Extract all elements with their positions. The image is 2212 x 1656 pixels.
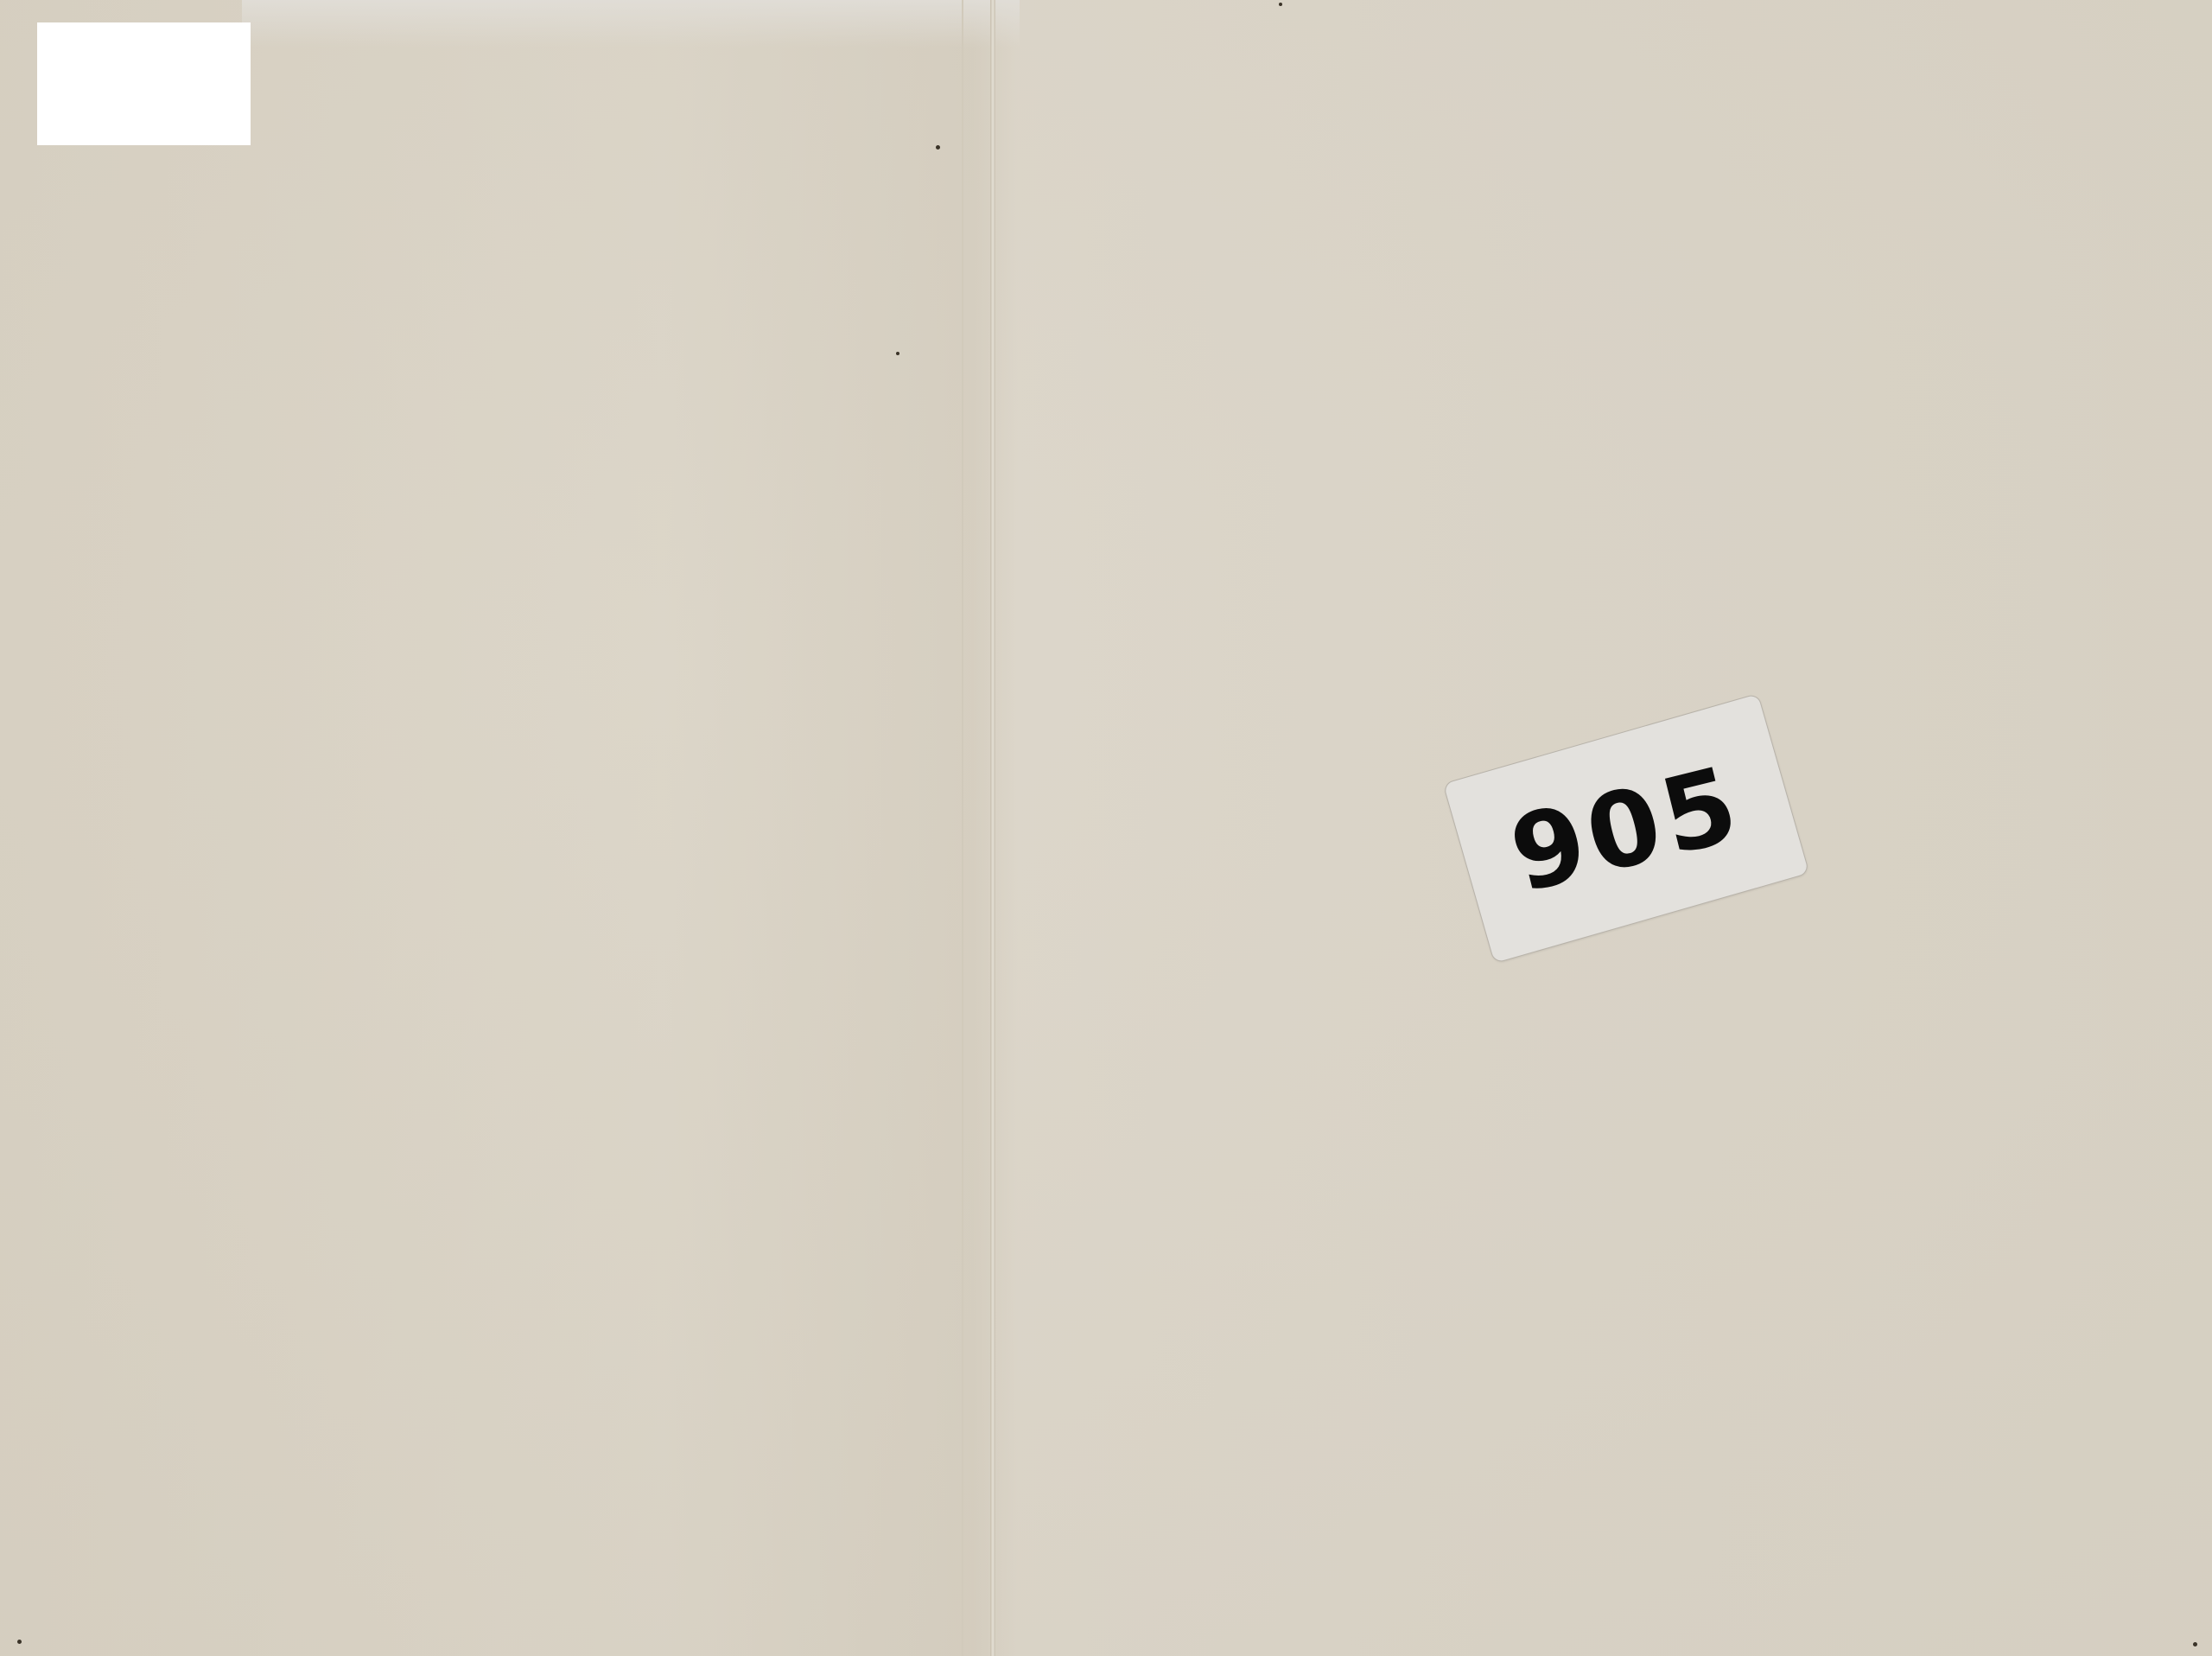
speck xyxy=(17,1640,22,1644)
speck xyxy=(1279,3,1282,6)
redacted-area xyxy=(37,22,251,145)
peeled-paper-residue xyxy=(242,0,1020,48)
cardboard-background: 905 xyxy=(0,0,2212,1656)
speck xyxy=(896,352,899,355)
speck xyxy=(2193,1642,2197,1646)
fold-line-left xyxy=(962,0,963,1656)
fold-line-center xyxy=(990,0,995,1656)
label-number: 905 xyxy=(1453,732,1799,927)
sticker-label: 905 xyxy=(1442,693,1809,964)
speck xyxy=(936,145,940,150)
